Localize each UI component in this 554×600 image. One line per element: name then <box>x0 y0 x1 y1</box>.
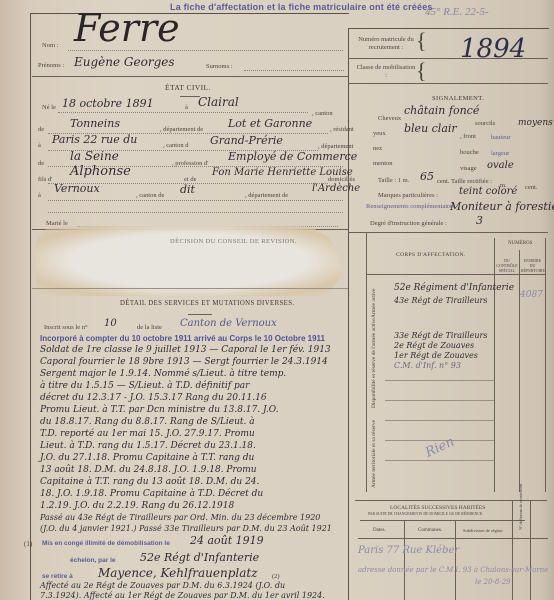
service-line: (J.O. du 4 janvier 1921.) Passé 33e Tira… <box>40 524 332 533</box>
inscrit-value: 10 <box>104 318 117 329</box>
col-controle-header: DU CONTRÔLE SPÉCIAL <box>496 258 518 273</box>
side-disponibilite: Disponibilité et réserve de l'armée acti… <box>371 318 377 408</box>
service-line: Soldat de 1re classe le 9 juillet 1913 —… <box>40 345 331 355</box>
instruction-value: 3 <box>476 214 483 227</box>
menton-label: menton <box>373 160 393 167</box>
signalement-title: SIGNALEMENT. <box>432 95 484 102</box>
departement-label: , département de <box>160 126 203 133</box>
service-line: 18. J.O. 1.9.18. Promu Capitaine à T.D. … <box>40 489 263 499</box>
residant-label: , résidant <box>330 126 354 133</box>
domicile-value: Vernoux <box>54 182 100 195</box>
ne-le-value: 18 octobre 1891 <box>62 97 154 110</box>
divider <box>32 76 348 77</box>
divider <box>348 232 548 233</box>
table-border <box>494 238 495 492</box>
col-border <box>530 500 531 600</box>
taille-value: 65 <box>420 170 434 183</box>
profession-value: Employé de Commerce <box>228 150 357 163</box>
col-communes: Communes. <box>418 528 442 533</box>
service-line: J.O. du 27.1.18. Promu Capitaine à T.T. … <box>40 453 254 463</box>
canton3-value: dit <box>180 183 195 196</box>
service-line: 13 août 18. D.M. du 24.8.18. J.O. 1.9.18… <box>40 465 257 475</box>
residence-value: Paris 22 rue du <box>52 133 137 146</box>
row-line <box>385 460 494 461</box>
service-line: Sergent major le 1.9.14. Nommé s/Lieut. … <box>40 369 286 379</box>
tail-line: 7.3.1924). Affecté au 1er Régt de Zouave… <box>40 591 325 600</box>
services-title: DÉTAIL DES SERVICES ET MUTATIONS DIVERSE… <box>120 300 295 307</box>
col-bureau: N° du bureau de recrutement <box>518 484 523 530</box>
domicilies-label: domiciliés <box>328 176 355 183</box>
liste-label: de la liste <box>137 324 162 331</box>
canton2-label: , canton d <box>163 142 188 149</box>
departement3-label: , département de <box>245 192 288 199</box>
affectation-entry: 2e Régt de Zouaves <box>394 341 474 350</box>
yeux-value: bleu clair <box>404 122 457 135</box>
matricule-number: 1894 <box>460 34 526 64</box>
cheveux-label: Cheveux <box>378 115 401 122</box>
brace: { <box>416 28 427 54</box>
damaged-paper-area <box>36 226 341 296</box>
canton-value: Tonneins <box>70 117 120 130</box>
echelon-label: échelon, par le <box>70 557 116 564</box>
domicile-a-label: à <box>38 192 41 199</box>
nez-label: nez <box>373 145 382 152</box>
prenoms-value: Eugène Georges <box>74 55 175 69</box>
affectation-entry: 43e Régt de Tirailleurs <box>394 296 487 305</box>
instruction-label: Degré d'instruction générale : <box>370 220 447 227</box>
departement3-value: l'Ardèche <box>312 183 360 194</box>
birthplace-value: Clairal <box>198 95 239 109</box>
table-border <box>519 250 520 492</box>
line <box>48 200 343 201</box>
matricule-label: Numéro matricule du recrutement : <box>356 36 416 52</box>
prenoms-label: Prénoms : <box>38 62 64 69</box>
de2-label: de <box>38 160 44 167</box>
service-line: à titre du 1.5.15 — S/Lieut. à T.D. défi… <box>40 381 249 391</box>
surnoms-line <box>244 70 344 71</box>
affectation-numero: 4087 <box>520 290 543 300</box>
localites-subtitle: PAR SUITE DE CHANGEMENTS DE DOMICILE OU … <box>368 512 483 516</box>
service-line: Passé au 43e Régt de Tirailleurs par Ord… <box>40 513 320 522</box>
table-divider <box>358 538 548 539</box>
affectation-title: CORPS D'AFFECTATION. <box>396 252 466 258</box>
largeur-label: largeur <box>491 150 509 157</box>
affectation-entry: 1er Régt de Zouaves <box>394 351 478 360</box>
col-subdivision: Subdivision de région <box>463 528 503 533</box>
classe-label: Classe de mobilisation : <box>356 64 416 80</box>
incorpore-line: Incorporé à compter du 10 octobre 1911 a… <box>40 334 325 343</box>
tail-line: Affecté au 2e Régt de Zouaves par D.M. d… <box>40 581 285 590</box>
service-line: Caporal fourrier le 18 9bre 1913 — Sergt… <box>40 357 328 367</box>
etat-civil-title: ÉTAT CIVIL. <box>165 83 211 92</box>
row-line <box>385 420 494 421</box>
cent2-label: cent. <box>525 184 537 191</box>
localite-entry: adresse donnée par le C.M.I. 93 à Chalon… <box>358 566 548 574</box>
canton-label: , canton <box>312 110 333 117</box>
canton3-label: , canton de <box>136 192 164 199</box>
col-repertoire-header: D'ORDRE DU RÉPERTOIRE <box>521 258 544 273</box>
demobilise-value: 24 août 1919 <box>190 534 264 547</box>
service-line: T.D. reporté au 1er mai 15. J.O. 27.9.17… <box>40 429 255 439</box>
table-border <box>366 232 367 492</box>
father-value: Alphonse <box>70 164 131 179</box>
sourcils-value: moyens <box>518 118 553 128</box>
visage-value: ovale <box>487 160 514 171</box>
col-border <box>512 500 513 600</box>
localite-entry: Paris 77 Rue Kléber <box>358 545 459 556</box>
row-line <box>385 380 494 381</box>
header-stamp: La fiche d'affectation et la fiche matri… <box>170 2 433 12</box>
divider <box>32 288 348 289</box>
residant-a-label: à <box>38 142 41 149</box>
cheveux-value: châtain foncé <box>404 104 479 117</box>
bouche-label: bouche <box>460 149 479 156</box>
service-line: décret du 12.3.17 - J.O. 15.3.17 Rang du… <box>40 393 267 403</box>
service-line: Capitaine à T.T. rang du 13 août 18. D.M… <box>40 477 259 487</box>
numeros-header: NUMÉROS <box>508 241 532 246</box>
nom-value: Ferre <box>74 6 180 50</box>
hauteur-label: hauteur <box>491 134 511 141</box>
remarques-value: Moniteur à forestier <box>450 200 554 213</box>
note-1-marker: (1) <box>24 540 32 548</box>
liste-value: Canton de Vernoux <box>180 318 277 329</box>
echelon-value: 52e Régt d'Infanterie <box>140 551 259 564</box>
departement-value: Lot et Garonne <box>228 117 312 130</box>
divider <box>348 83 548 84</box>
front-label: , front <box>460 133 476 140</box>
fils-label: fils d' <box>38 176 52 183</box>
marques-value: teint coloré <box>459 186 517 197</box>
departement2-label: , département <box>318 143 353 150</box>
departement2-value: la Seine <box>70 149 119 163</box>
a-label: à <box>185 104 188 111</box>
ne-le-label: Né le <box>42 104 56 111</box>
affectation-entry: C.M. d'Inf. n° 93 <box>394 361 461 370</box>
line <box>58 112 308 113</box>
service-line: du 18.8.17. Rang du 8.8.17. Rang de S/Li… <box>40 417 255 427</box>
side-armee-active: Armée active <box>371 289 377 318</box>
surnoms-label: Surnoms : <box>206 63 233 70</box>
canton2-value: Grand-Prérie <box>210 134 283 147</box>
register-page: La fiche d'affectation et la fiche matri… <box>0 0 554 600</box>
service-line: Lieut. à T.D. rang du 1.5.17. Décret du … <box>40 441 256 451</box>
side-territoriale: Armée territoriale et sa réserve <box>371 420 377 488</box>
table-header-divider <box>366 274 546 275</box>
note-2-marker: (2) <box>272 573 280 580</box>
demobilise-label: Mis en congé illimité de démobilisation … <box>42 540 170 547</box>
yeux-label: yeux <box>373 130 386 137</box>
pencil-reference: 45° R.E. 22-5- <box>425 6 489 18</box>
retire-label: se retire à <box>42 573 73 580</box>
title-underline <box>188 314 212 315</box>
affectation-entry: 52e Régiment d'Infanterie <box>394 283 514 293</box>
divider <box>348 58 548 59</box>
cent-label: cent. Taille rectifiée : <box>437 178 492 185</box>
col-border <box>404 520 405 600</box>
inscrit-label: Inscrit sous le n° <box>44 324 88 331</box>
revision-title: DÉCISION DU CONSEIL DE REVISION. <box>170 238 297 245</box>
affectation-entry: 33e Régt de Tirailleurs <box>394 331 487 340</box>
retire-value: Mayence, Kehlfrauenplatz <box>98 566 258 580</box>
row-line <box>385 400 494 401</box>
taille-label: Taille : 1 m. <box>378 177 409 184</box>
et-de-label: et de <box>184 176 196 183</box>
line <box>48 212 343 213</box>
service-line: Promu Lieut. à T.T. par Dcn ministre du … <box>40 405 278 415</box>
service-line: 1.2.19. J.O. du 2.2.19. Rang du 26.12.19… <box>40 501 234 511</box>
col-border <box>455 520 456 600</box>
localite-entry-date: le 20-8-29 <box>475 578 511 586</box>
col-dates: Dates. <box>373 528 386 533</box>
remarques-label: Renseignements complémentaires <box>366 203 455 210</box>
brace: { <box>416 58 427 84</box>
sourcils-label: sourcils <box>475 120 495 127</box>
table-border <box>545 238 546 492</box>
de-label: de <box>38 126 44 133</box>
nom-line <box>68 50 343 51</box>
table-divider <box>360 520 525 521</box>
nom-label: Nom : <box>42 42 58 49</box>
visage-label: visage <box>460 165 477 172</box>
marques-label: Marques particulières : <box>378 192 438 199</box>
localites-title: LOCALITÉS SUCCESSIVES HABITÉES <box>390 505 485 511</box>
title-underline <box>180 96 200 97</box>
